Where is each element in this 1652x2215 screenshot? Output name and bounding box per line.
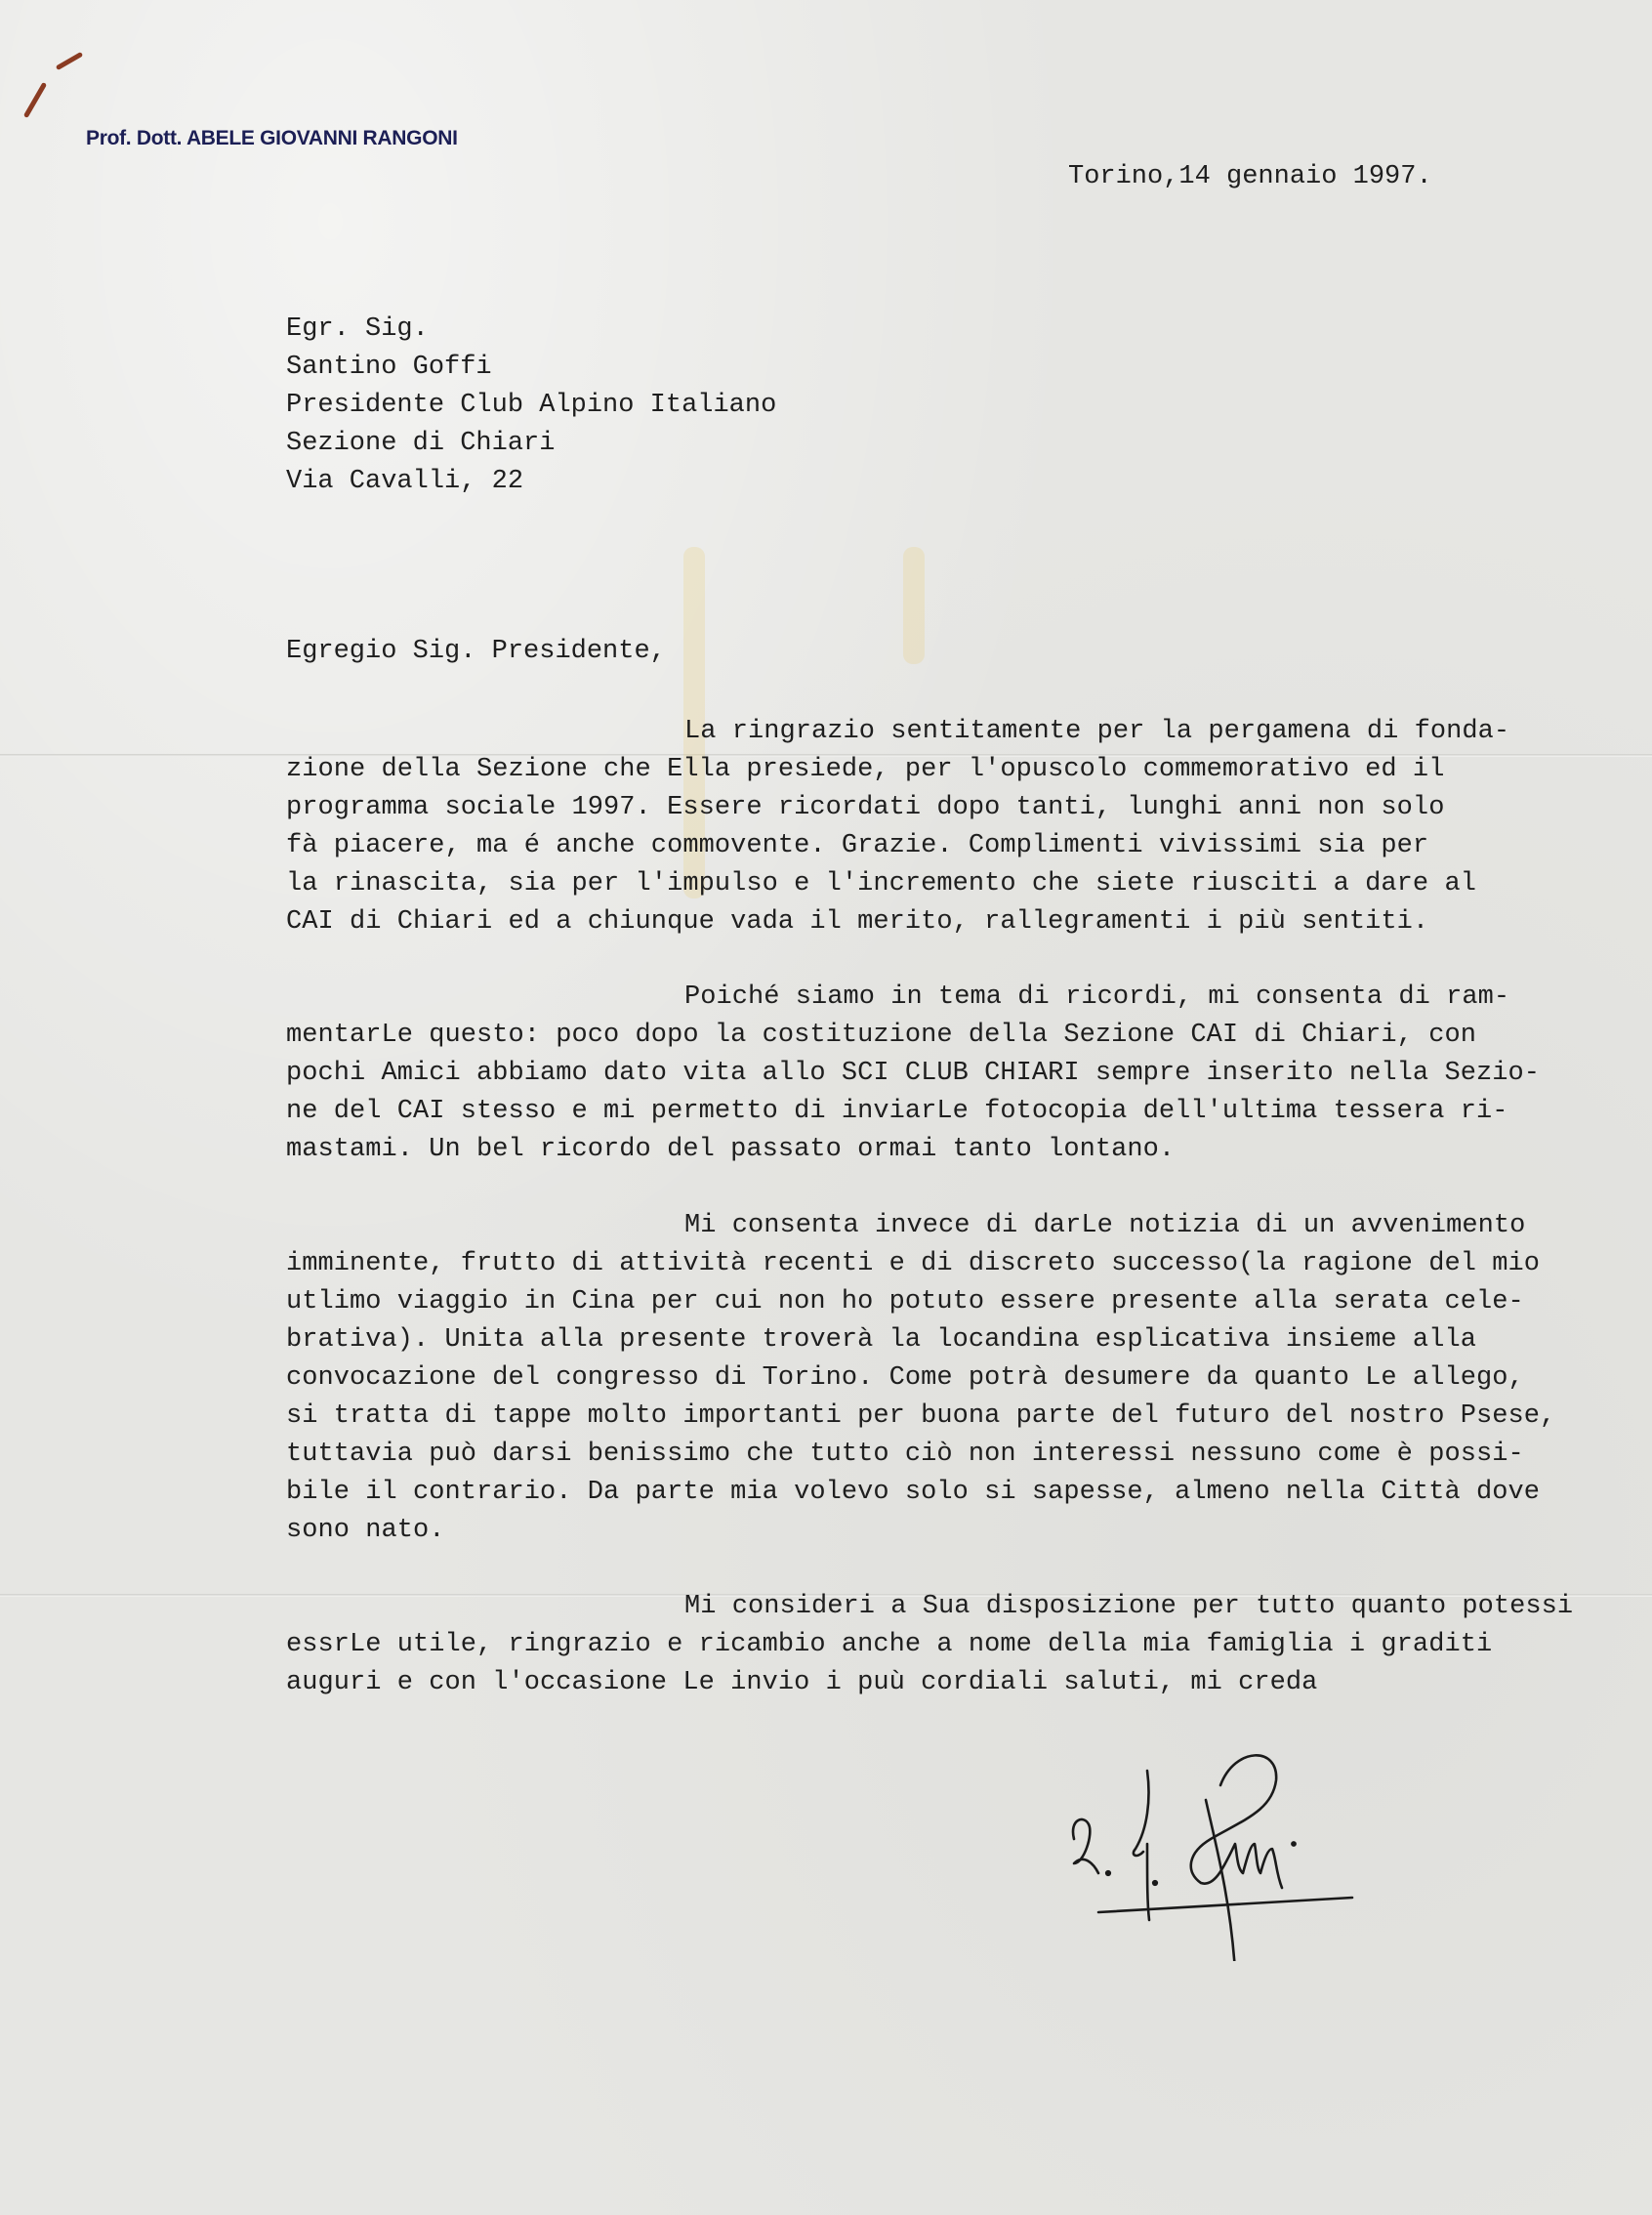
closing-paragraph: Mi consideri a Sua disposizione per tutt… [286, 1588, 1573, 1702]
paragraph-line: zione della Sezione che Ella presiede, p… [286, 751, 1509, 789]
paragraph-line: programma sociale 1997. Essere ricordati… [286, 789, 1509, 827]
recipient-address: Egr. Sig. Santino Goffi Presidente Club … [286, 311, 776, 501]
address-line: Egr. Sig. [286, 311, 776, 349]
paragraph-line: Mi consideri a Sua disposizione per tutt… [286, 1588, 1573, 1626]
paragraph-line: Mi consenta invece di darLe notizia di u… [286, 1207, 1555, 1245]
body-paragraph: La ringrazio sentitamente per la pergame… [286, 713, 1509, 941]
paragraph-line: fà piacere, ma é anche commovente. Grazi… [286, 827, 1509, 865]
address-line: Santino Goffi [286, 349, 776, 387]
paragraph-line: essrLe utile, ringrazio e ricambio anche… [286, 1626, 1573, 1664]
paragraph-line: auguri e con l'occasione Le invio i puù … [286, 1664, 1573, 1702]
paragraph-line: mentarLe questo: poco dopo la costituzio… [286, 1017, 1540, 1055]
body-paragraph: Mi consenta invece di darLe notizia di u… [286, 1207, 1555, 1550]
paragraph-line: si tratta di tappe molto importanti per … [286, 1398, 1555, 1436]
paragraph-line: pochi Amici abbiamo dato vita allo SCI C… [286, 1055, 1540, 1093]
rust-mark [56, 52, 83, 70]
address-line: Sezione di Chiari [286, 425, 776, 463]
paragraph-line: CAI di Chiari ed a chiunque vada il meri… [286, 903, 1509, 941]
paragraph-line: convocazione del congresso di Torino. Co… [286, 1359, 1555, 1398]
letter-date: Torino,14 gennaio 1997. [1068, 162, 1432, 191]
paragraph-line: utlimo viaggio in Cina per cui non ho po… [286, 1283, 1555, 1321]
paragraph-line: ne del CAI stesso e mi permetto di invia… [286, 1093, 1540, 1131]
address-line: Presidente Club Alpino Italiano [286, 387, 776, 425]
rust-mark [23, 82, 47, 118]
paper-stain [903, 547, 925, 664]
letterhead: Prof. Dott. ABELE GIOVANNI RANGONI [86, 127, 458, 150]
address-line: Via Cavalli, 22 [286, 463, 776, 501]
paragraph-line: bile il contrario. Da parte mia volevo s… [286, 1474, 1555, 1512]
paragraph-line: brativa). Unita alla presente troverà la… [286, 1321, 1555, 1359]
salutation: Egregio Sig. Presidente, [286, 637, 666, 666]
paragraph-line: sono nato. [286, 1512, 1555, 1550]
paragraph-line: Poiché siamo in tema di ricordi, mi cons… [286, 979, 1540, 1017]
paragraph-line: imminente, frutto di attività recenti e … [286, 1245, 1555, 1283]
paragraph-line: tuttavia può darsi benissimo che tutto c… [286, 1436, 1555, 1474]
body-paragraph: Poiché siamo in tema di ricordi, mi cons… [286, 979, 1540, 1169]
paragraph-line: La ringrazio sentitamente per la pergame… [286, 713, 1509, 751]
handwritten-signature [1069, 1727, 1362, 1961]
paragraph-line: mastami. Un bel ricordo del passato orma… [286, 1131, 1540, 1169]
paragraph-line: la rinascita, sia per l'impulso e l'incr… [286, 865, 1509, 903]
